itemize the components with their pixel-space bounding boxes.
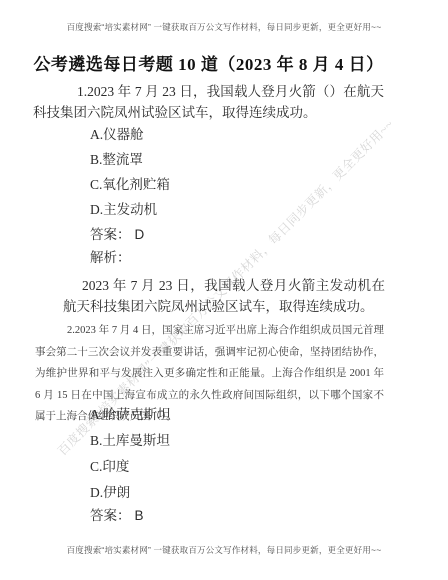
- question-2-option-c: C.印度: [90, 460, 171, 474]
- question-1-option-a: A.仪器舱: [90, 128, 170, 142]
- header-promo-text: 百度搜索“培实素材网” 一键获取百万公文写作材料，每日同步更新，更全更好用~~: [0, 21, 448, 33]
- question-2-answer-label: 答案：: [90, 508, 131, 523]
- question-1-answer-line: 答案：D: [90, 228, 144, 242]
- question-1-analysis-label: 解析：: [90, 251, 131, 265]
- question-2-answer-line: 答案：B: [90, 509, 144, 523]
- question-2-text: 2.2023 年 7 月 4 日，国家主席习近平出席上海合作组织成员国元首理事会…: [35, 320, 384, 428]
- question-1-analysis-text: 2023 年 7 月 23 日，我国载人登月火箭主发动机在航天科技集团六院凤州试…: [63, 276, 385, 317]
- question-1-option-c: C.氧化剂贮箱: [90, 178, 170, 192]
- question-2-answer-value: B: [135, 508, 144, 523]
- question-1-options: A.仪器舱 B.整流罩 C.氧化剂贮箱 D.主发动机: [90, 128, 170, 228]
- question-1-answer-value: D: [135, 227, 145, 242]
- question-2-option-a: A.哈萨克斯坦: [90, 408, 171, 422]
- document-page: 百度搜索“培实素材网”一键获取百万公文写作材料，每日同步更新，更全更好用~~ 百…: [0, 0, 448, 580]
- question-2-options: A.哈萨克斯坦 B.土库曼斯坦 C.印度 D.伊朗: [90, 408, 171, 512]
- question-2-option-d: D.伊朗: [90, 486, 171, 500]
- question-1-option-b: B.整流罩: [90, 153, 170, 167]
- footer-promo-text: 百度搜索“培实素材网” 一键获取百万公文写作材料，每日同步更新，更全更好用~~: [0, 544, 448, 556]
- document-content: 百度搜索“培实素材网” 一键获取百万公文写作材料，每日同步更新，更全更好用~~ …: [0, 0, 448, 580]
- question-2-option-b: B.土库曼斯坦: [90, 434, 171, 448]
- document-title: 公考遴选每日考题 10 道（2023 年 8 月 4 日）: [33, 50, 384, 75]
- question-1-answer-label: 答案：: [90, 227, 131, 242]
- question-1-text: 1.2023 年 7 月 23 日，我国载人登月火箭（）在航天科技集团六院凤州试…: [33, 81, 384, 123]
- question-1-option-d: D.主发动机: [90, 203, 170, 217]
